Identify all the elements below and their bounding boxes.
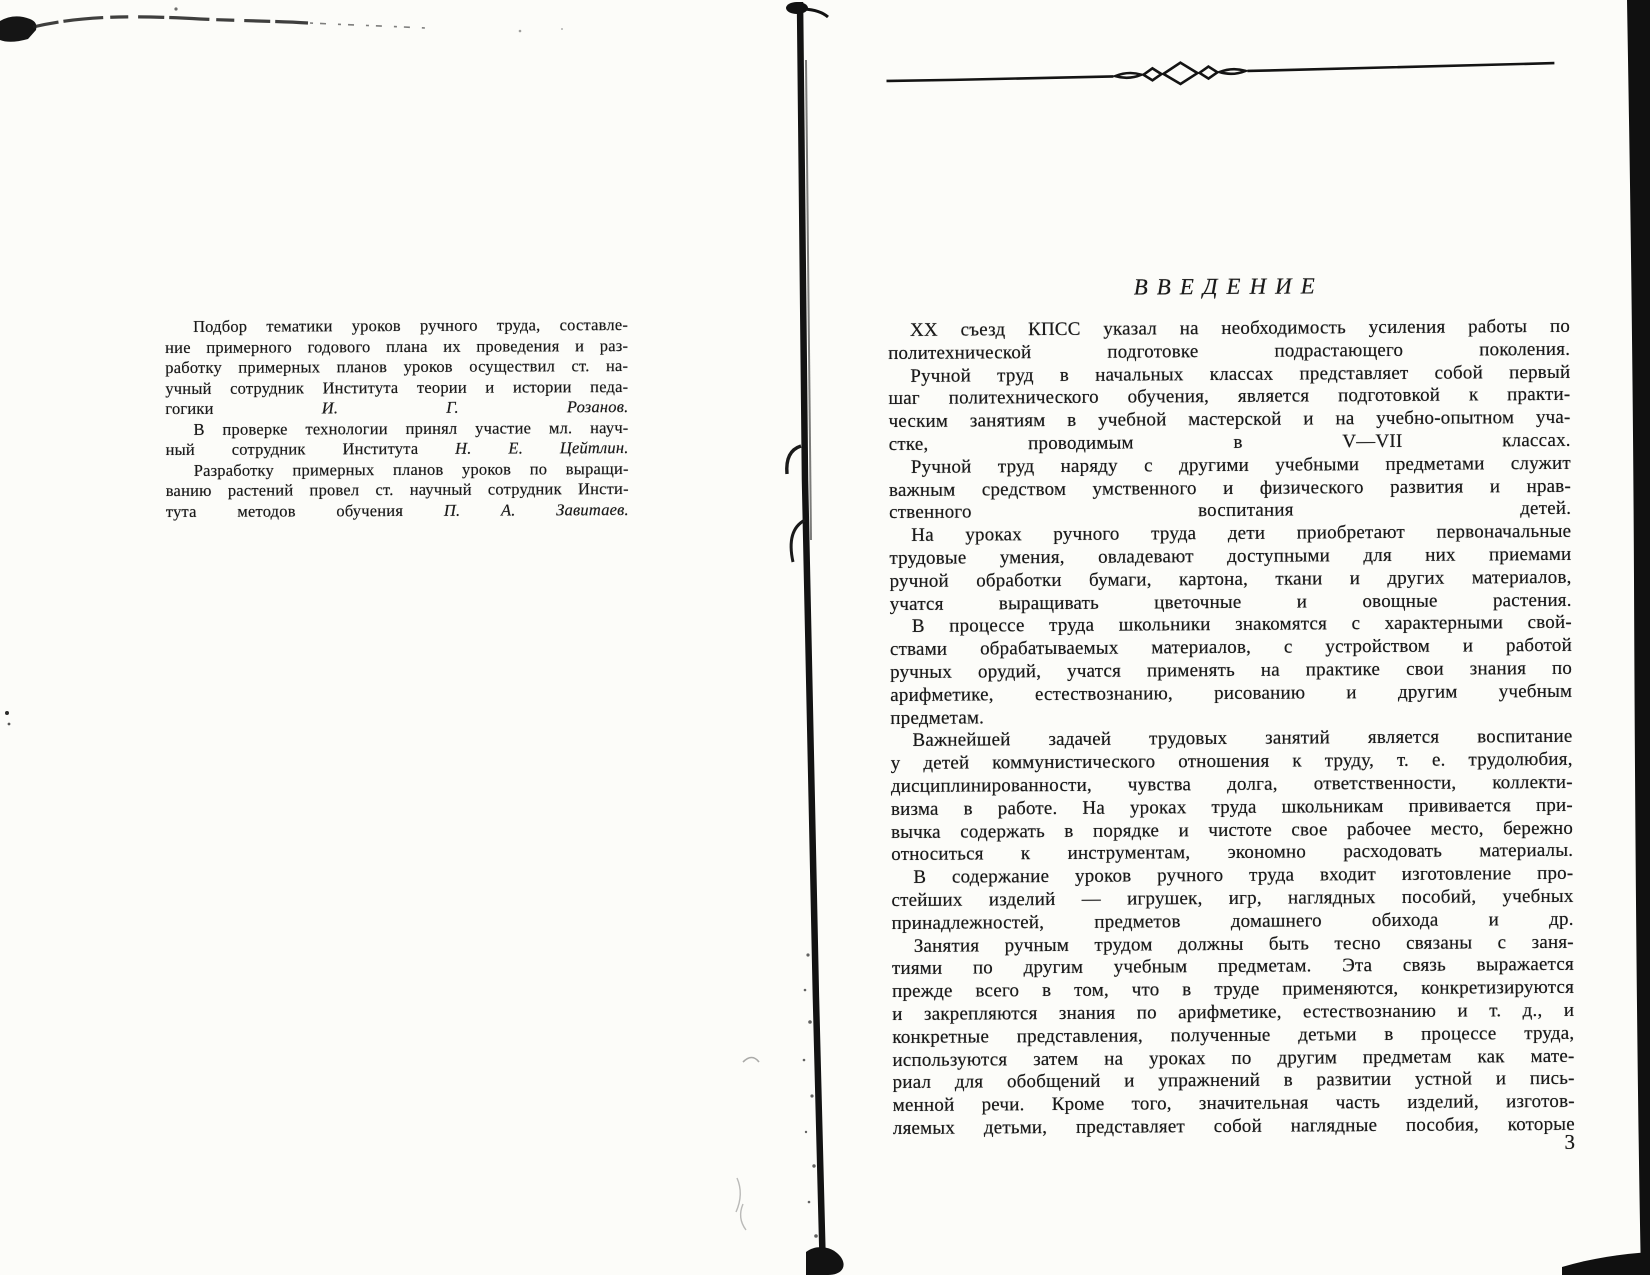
book-gutter-line <box>736 2 844 1275</box>
scan-smudge-top-left <box>0 7 563 41</box>
paragraph: Ручной труд в начальных классах представ… <box>888 361 1571 456</box>
text-line: ванию растений провел ст. научный сотруд… <box>166 479 629 502</box>
text-line: учный сотрудник Института теории и истор… <box>165 376 628 399</box>
page-number: 3 <box>891 1130 1577 1159</box>
text-line: арифметике, естествознанию, рисованию и … <box>890 681 1572 708</box>
paragraph: В содержание уроков ручного труда входит… <box>891 863 1573 936</box>
scanned-book-spread: { "left_page": { "credits_paragraphs": [… <box>0 0 1650 1275</box>
text-line: Разработку примерных планов уроков по вы… <box>166 458 629 481</box>
paragraph: В процессе труда школьники знакомятся с … <box>890 612 1573 730</box>
paragraph: Подбор тематики уроков ручного труда, со… <box>165 315 628 420</box>
right-page: ВВЕДЕНИЕ XX съезд КПСС указал на необход… <box>884 0 1578 1275</box>
scan-speck-left-edge <box>5 711 10 725</box>
paragraph: На уроках ручного труда дети приобретают… <box>889 521 1572 616</box>
paragraph: В проверке технологии принял участие мл.… <box>165 417 628 460</box>
paragraph: Ручной труд наряду с другими учебными пр… <box>889 453 1571 526</box>
flourish-divider-icon <box>884 58 1556 90</box>
paragraph: Занятия ручным трудом должны быть тесно … <box>892 931 1575 1140</box>
paragraph: Важнейшей задачей трудовых занятий являе… <box>890 726 1573 867</box>
introduction-body: XX съезд КПСС указал на необходимость ус… <box>888 316 1575 1141</box>
text-line: ный сотрудник Института Н. Е. Цейтлин. <box>166 438 629 461</box>
paragraph: XX съезд КПСС указал на необходимость ус… <box>888 316 1570 366</box>
text-line: Подбор тематики уроков ручного труда, со… <box>165 315 628 338</box>
text-line: гогики И. Г. Розанов. <box>165 397 628 420</box>
left-page-credits: Подбор тематики уроков ручного труда, со… <box>165 315 629 522</box>
page-edge-shadow-right <box>1627 0 1650 1275</box>
text-line: В проверке технологии принял участие мл.… <box>165 417 628 440</box>
text-line: работку примерных планов уроков осуществ… <box>165 356 628 379</box>
text-line: тута методов обучения П. А. Завитаев. <box>166 499 629 522</box>
paragraph: Разработку примерных планов уроков по вы… <box>166 458 629 522</box>
text-line: ние примерного годового плана их проведе… <box>165 335 628 358</box>
chapter-title: ВВЕДЕНИЕ <box>886 272 1572 302</box>
